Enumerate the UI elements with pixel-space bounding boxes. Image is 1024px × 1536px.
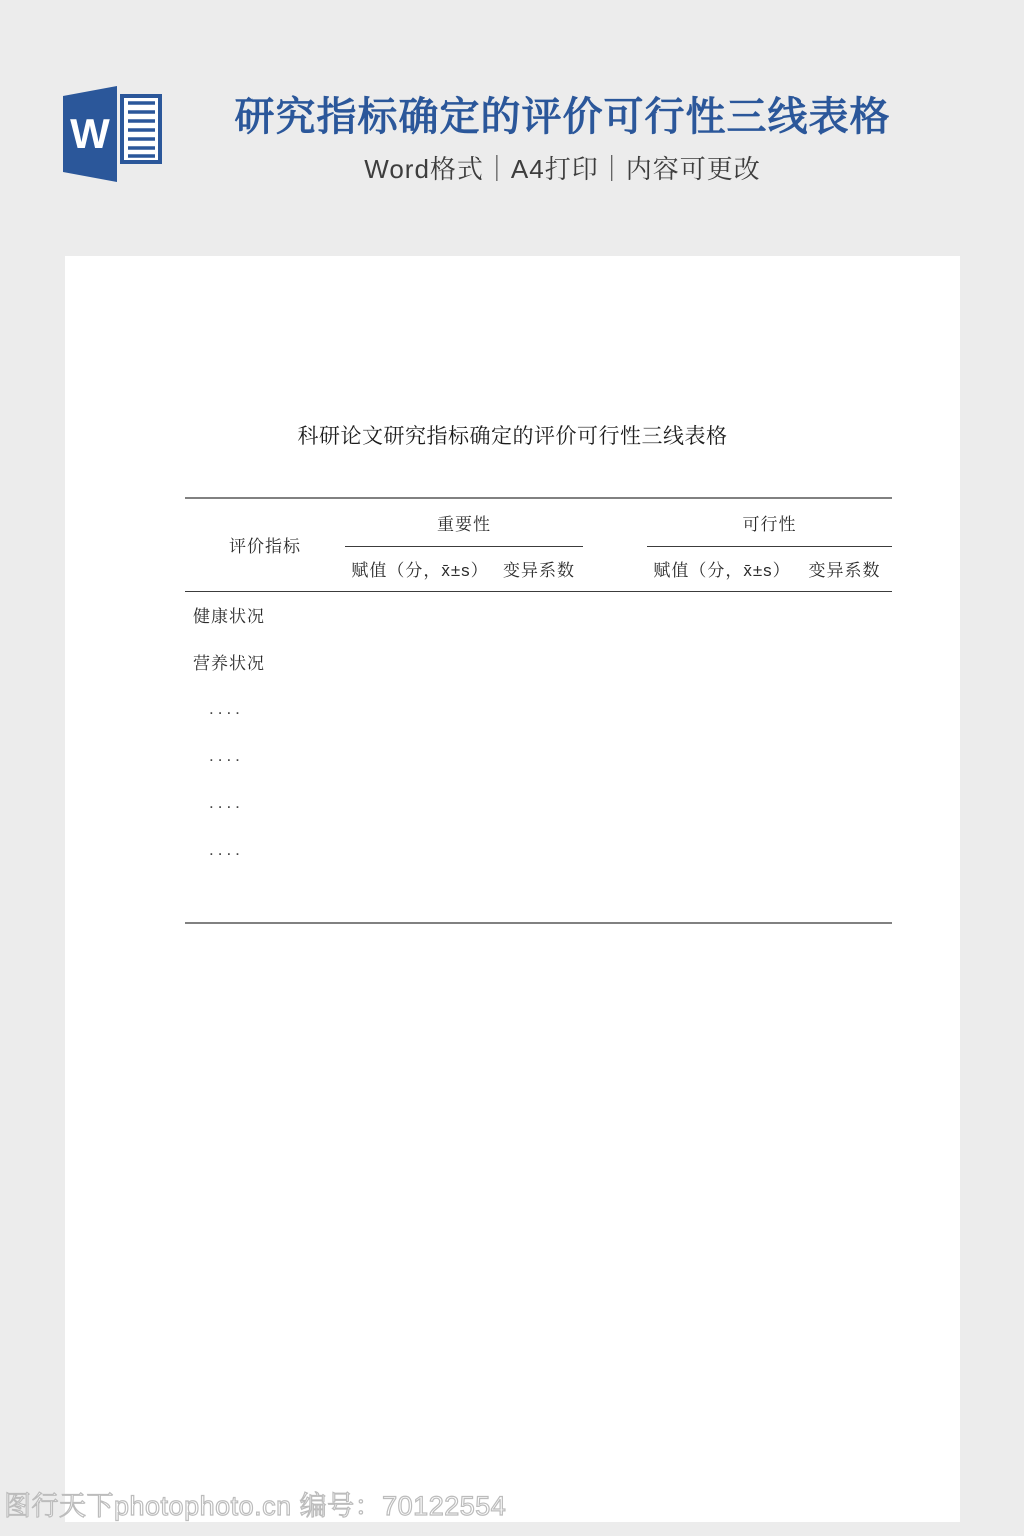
three-line-table: 评价指标 重要性 可行性 赋值（分，x̄±s） 变异系数 赋值（分，x̄±s） … [185,497,892,924]
subheader-cv-feasibility: 变异系数 [797,546,892,591]
subheader-assign-importance: 赋值（分，x̄±s） [345,546,495,591]
word-icon: W [63,84,164,184]
svg-text:W: W [70,110,110,157]
table-row: 健康状况 [185,591,892,638]
row-empty-cells [345,826,892,873]
group-spacer [583,498,647,591]
table-row: .... [185,826,892,873]
table-row: .... [185,732,892,779]
group-header-feasibility: 可行性 [647,498,892,546]
row-empty-cells [345,638,892,685]
table-row: .... [185,685,892,732]
table-row: 营养状况 [185,638,892,685]
page-title: 研究指标确定的评价可行性三线表格 [180,92,945,142]
table-group-header-row: 评价指标 重要性 可行性 [185,498,892,546]
row-label: .... [185,685,345,732]
row-label: .... [185,779,345,826]
row-empty-cells [345,779,892,826]
watermark: 图行天下photophoto.cn 编号：70122554 [4,1489,506,1523]
page-subtitle: Word格式｜A4打印｜内容可更改 [180,153,945,185]
subheader-assign-feasibility: 赋值（分，x̄±s） [647,546,797,591]
document-title: 科研论文研究指标确定的评价可行性三线表格 [65,423,960,451]
row-empty-cells [345,685,892,732]
row-empty-cells [185,873,892,923]
table-filler-row [185,873,892,923]
row-label: 营养状况 [185,638,345,685]
table-row: .... [185,779,892,826]
row-empty-cells [345,591,892,638]
row-empty-cells [345,732,892,779]
subheader-cv-importance: 变异系数 [495,546,583,591]
template-preview-screen: W 研究指标确定的评价可行性三线表格 Word格式｜A4打印｜内容可更改 科研论… [0,0,1024,1536]
row-label: 健康状况 [185,591,345,638]
table-body: 健康状况 营养状况 .... .... .... [185,591,892,923]
row-label: .... [185,732,345,779]
group-header-importance: 重要性 [345,498,583,546]
column-header-indicator: 评价指标 [185,498,345,591]
table-header: 评价指标 重要性 可行性 赋值（分，x̄±s） 变异系数 赋值（分，x̄±s） … [185,498,892,591]
document-page: 科研论文研究指标确定的评价可行性三线表格 评价指标 重要性 可行性 赋值（分，x… [65,256,960,1522]
row-label: .... [185,826,345,873]
